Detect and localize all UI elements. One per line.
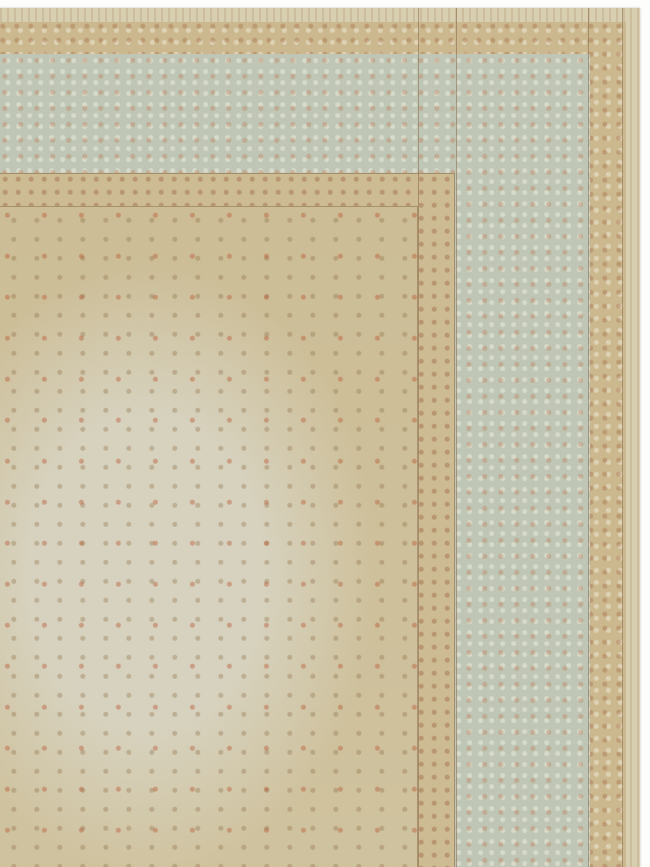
- guard-line: [418, 8, 419, 867]
- guard-line: [622, 8, 623, 867]
- guard-line: [456, 8, 457, 867]
- guard-line: [588, 8, 589, 867]
- central-field: [0, 206, 418, 867]
- rug: [0, 8, 640, 867]
- photo: antique Persian rug corner detail: [0, 0, 650, 867]
